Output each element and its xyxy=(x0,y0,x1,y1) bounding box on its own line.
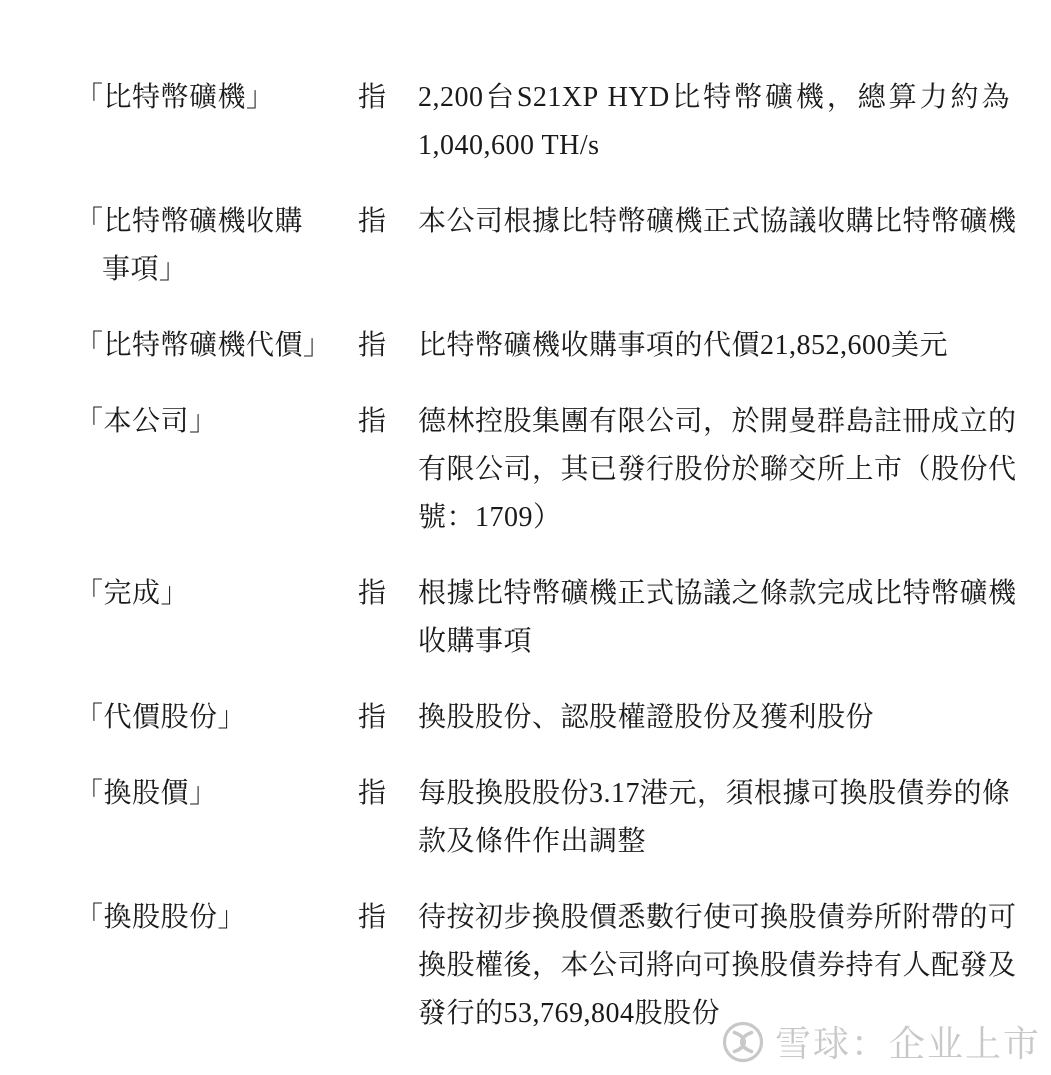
definition-line: 德林控股集團有限公司，於開曼群島註冊成立的 xyxy=(418,398,1010,446)
term-line: 「比特幣礦機」 xyxy=(75,74,358,122)
indicator: 指 xyxy=(358,570,418,666)
term: 「換股價」 xyxy=(75,770,358,866)
definition: 德林控股集團有限公司，於開曼群島註冊成立的有限公司，其已發行股份於聯交所上市（股… xyxy=(418,398,1010,542)
definition-line: 號：1709） xyxy=(418,494,1010,542)
indicator: 指 xyxy=(358,398,418,542)
term: 「比特幣礦機收購事項」 xyxy=(75,198,358,294)
indicator: 指 xyxy=(358,694,418,742)
term-line: 「比特幣礦機代價」 xyxy=(75,322,358,370)
definition-line: 換股股份、認股權證股份及獲利股份 xyxy=(418,694,1010,742)
watermark: 雪球：企业上市 xyxy=(721,1016,1041,1067)
definition-line: 款及條件作出調整 xyxy=(418,818,1010,866)
term: 「代價股份」 xyxy=(75,694,358,742)
indicator: 指 xyxy=(358,74,418,170)
term: 「完成」 xyxy=(75,570,358,666)
glossary-row: 「換股價」指每股換股股份3.17港元，須根據可換股債券的條款及條件作出調整 xyxy=(75,770,1010,866)
watermark-text: 雪球：企业上市 xyxy=(775,1016,1041,1067)
definition-line: 2,200台S21XP HYD比特幣礦機，總算力約為 xyxy=(418,74,1010,122)
indicator: 指 xyxy=(358,322,418,370)
definition-line: 有限公司，其已發行股份於聯交所上市（股份代 xyxy=(418,446,1010,494)
definition-line: 根據比特幣礦機正式協議之條款完成比特幣礦機 xyxy=(418,570,1010,618)
definition-line: 待按初步換股價悉數行使可換股債券所附帶的可 xyxy=(418,894,1010,942)
term-line: 「換股股份」 xyxy=(75,894,358,942)
definition-line: 1,040,600 TH/s xyxy=(418,122,1010,170)
indicator: 指 xyxy=(358,770,418,866)
glossary-row: 「比特幣礦機」指2,200台S21XP HYD比特幣礦機，總算力約為1,040,… xyxy=(75,74,1010,170)
term: 「本公司」 xyxy=(75,398,358,542)
definition-line: 比特幣礦機收購事項的代價21,852,600美元 xyxy=(418,322,1010,370)
definition: 每股換股股份3.17港元，須根據可換股債券的條款及條件作出調整 xyxy=(418,770,1010,866)
document-page: 「比特幣礦機」指2,200台S21XP HYD比特幣礦機，總算力約為1,040,… xyxy=(0,0,1051,1075)
definition-line: 換股權後，本公司將向可換股債券持有人配發及 xyxy=(418,942,1010,990)
definition-line: 本公司根據比特幣礦機正式協議收購比特幣礦機 xyxy=(418,198,1010,246)
term-line: 「比特幣礦機收購 xyxy=(75,198,358,246)
glossary-row: 「比特幣礦機收購事項」指本公司根據比特幣礦機正式協議收購比特幣礦機 xyxy=(75,198,1010,294)
glossary-list: 「比特幣礦機」指2,200台S21XP HYD比特幣礦機，總算力約為1,040,… xyxy=(0,0,1051,1038)
definition: 換股股份、認股權證股份及獲利股份 xyxy=(418,694,1010,742)
term: 「比特幣礦機代價」 xyxy=(75,322,358,370)
definition: 本公司根據比特幣礦機正式協議收購比特幣礦機 xyxy=(418,198,1010,294)
definition: 2,200台S21XP HYD比特幣礦機，總算力約為1,040,600 TH/s xyxy=(418,74,1010,170)
term-line: 「換股價」 xyxy=(75,770,358,818)
term: 「換股股份」 xyxy=(75,894,358,1038)
definition-line: 每股換股股份3.17港元，須根據可換股債券的條 xyxy=(418,770,1010,818)
definition: 比特幣礦機收購事項的代價21,852,600美元 xyxy=(418,322,1010,370)
glossary-row: 「本公司」指德林控股集團有限公司，於開曼群島註冊成立的有限公司，其已發行股份於聯… xyxy=(75,398,1010,542)
term-line: 「代價股份」 xyxy=(75,694,358,742)
indicator: 指 xyxy=(358,198,418,294)
glossary-row: 「代價股份」指換股股份、認股權證股份及獲利股份 xyxy=(75,694,1010,742)
glossary-row: 「比特幣礦機代價」指比特幣礦機收購事項的代價21,852,600美元 xyxy=(75,322,1010,370)
term-line: 事項」 xyxy=(75,246,358,294)
term-line: 「本公司」 xyxy=(75,398,358,446)
term-line: 「完成」 xyxy=(75,570,358,618)
definition: 根據比特幣礦機正式協議之條款完成比特幣礦機收購事項 xyxy=(418,570,1010,666)
indicator: 指 xyxy=(358,894,418,1038)
xueqiu-logo-icon xyxy=(721,1020,765,1064)
glossary-row: 「完成」指根據比特幣礦機正式協議之條款完成比特幣礦機收購事項 xyxy=(75,570,1010,666)
definition-line: 收購事項 xyxy=(418,618,1010,666)
term: 「比特幣礦機」 xyxy=(75,74,358,170)
